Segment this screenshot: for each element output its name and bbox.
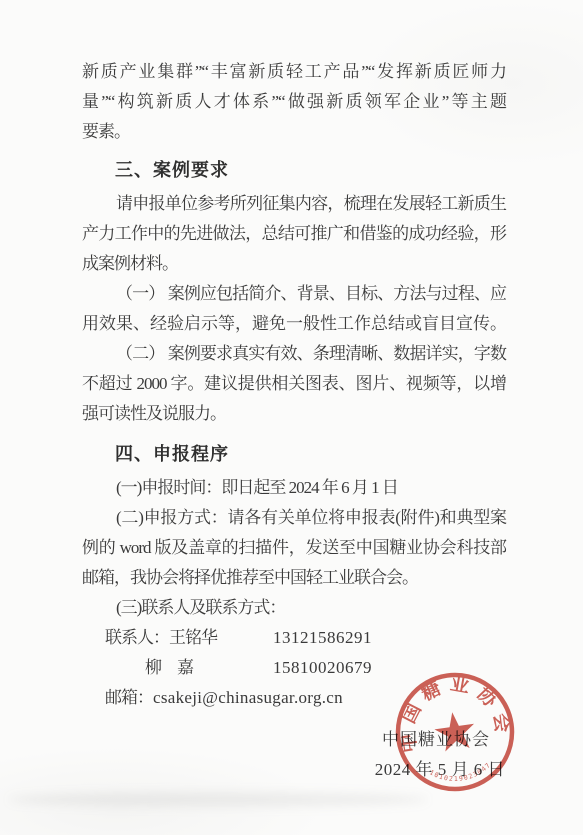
section-heading-application-procedure: 四、申报程序 [82,439,506,469]
case-item1-line: （一） 案例应包括简介、背景、目标、方法与过程、应 [82,279,506,309]
intro-paragraph-line: 要素。 [82,117,506,147]
case-item1-line: 用效果、经验启示等，避免一般性工作总结或盲目宣传。 [82,309,506,339]
case-requirements-paragraph-line: 产力工作中的先进做法，总结可推广和借鉴的成功经验，形 [82,219,506,249]
intro-paragraph-line: 新质产业集群”“丰富新质轻工产品”“发挥新质匠师力 [82,57,506,87]
seal-star-icon [432,709,477,752]
contact-section-line: (三)联系人及联系方式： [82,593,506,623]
case-requirements-paragraph-line: 请申报单位参考所列征集内容，梳理在发展轻工新质生 [82,189,506,219]
contact-phone-2: 15810020679 [273,653,372,683]
contact-label: 联系人： [105,628,169,647]
application-method-line: 邮箱，我协会将择优推荐至中国轻工业联合会。 [82,563,506,593]
contact-phone-1: 13121586291 [273,623,372,653]
contact-row-1: 联系人：王铭华 13121586291 [82,623,506,653]
email-label: 邮箱： [105,688,153,707]
email-address: csakeji@chinasugar.org.cn [153,688,343,707]
application-time-line: (一)申报时间：即日起至 2024 年 6 月 1 日 [82,473,506,503]
official-seal: 中国糖业协会 1010219023047 [383,660,528,805]
section-heading-case-requirements: 三、案例要求 [82,155,506,185]
scanned-document-page: 新质产业集群”“丰富新质轻工产品”“发挥新质匠师力 量”“构筑新质人才体系”“做… [0,0,583,835]
contact-name-1: 王铭华 [169,628,217,647]
case-item2-line: 不超过 2000 字。建议提供相关图表、图片、视频等，以增 [82,369,506,399]
contact-name-2: 柳 嘉 [145,658,193,677]
scan-smudge [8,792,428,807]
case-item2-line: 强可读性及说服力。 [82,399,506,429]
intro-paragraph-line: 量”“构筑新质人才体系”“做强新质领军企业”等主题 [82,87,506,117]
case-item2-line: （二） 案例要求真实有效、条理清晰、数据详实，字数 [82,339,506,369]
case-requirements-paragraph-line: 成案例材料。 [82,249,506,279]
application-method-line: 例的 word 版及盖章的扫描件，发送至中国糖业协会科技部 [82,533,506,563]
application-method-line: (二)申报方式：请各有关单位将申报表(附件)和典型案 [82,503,506,533]
